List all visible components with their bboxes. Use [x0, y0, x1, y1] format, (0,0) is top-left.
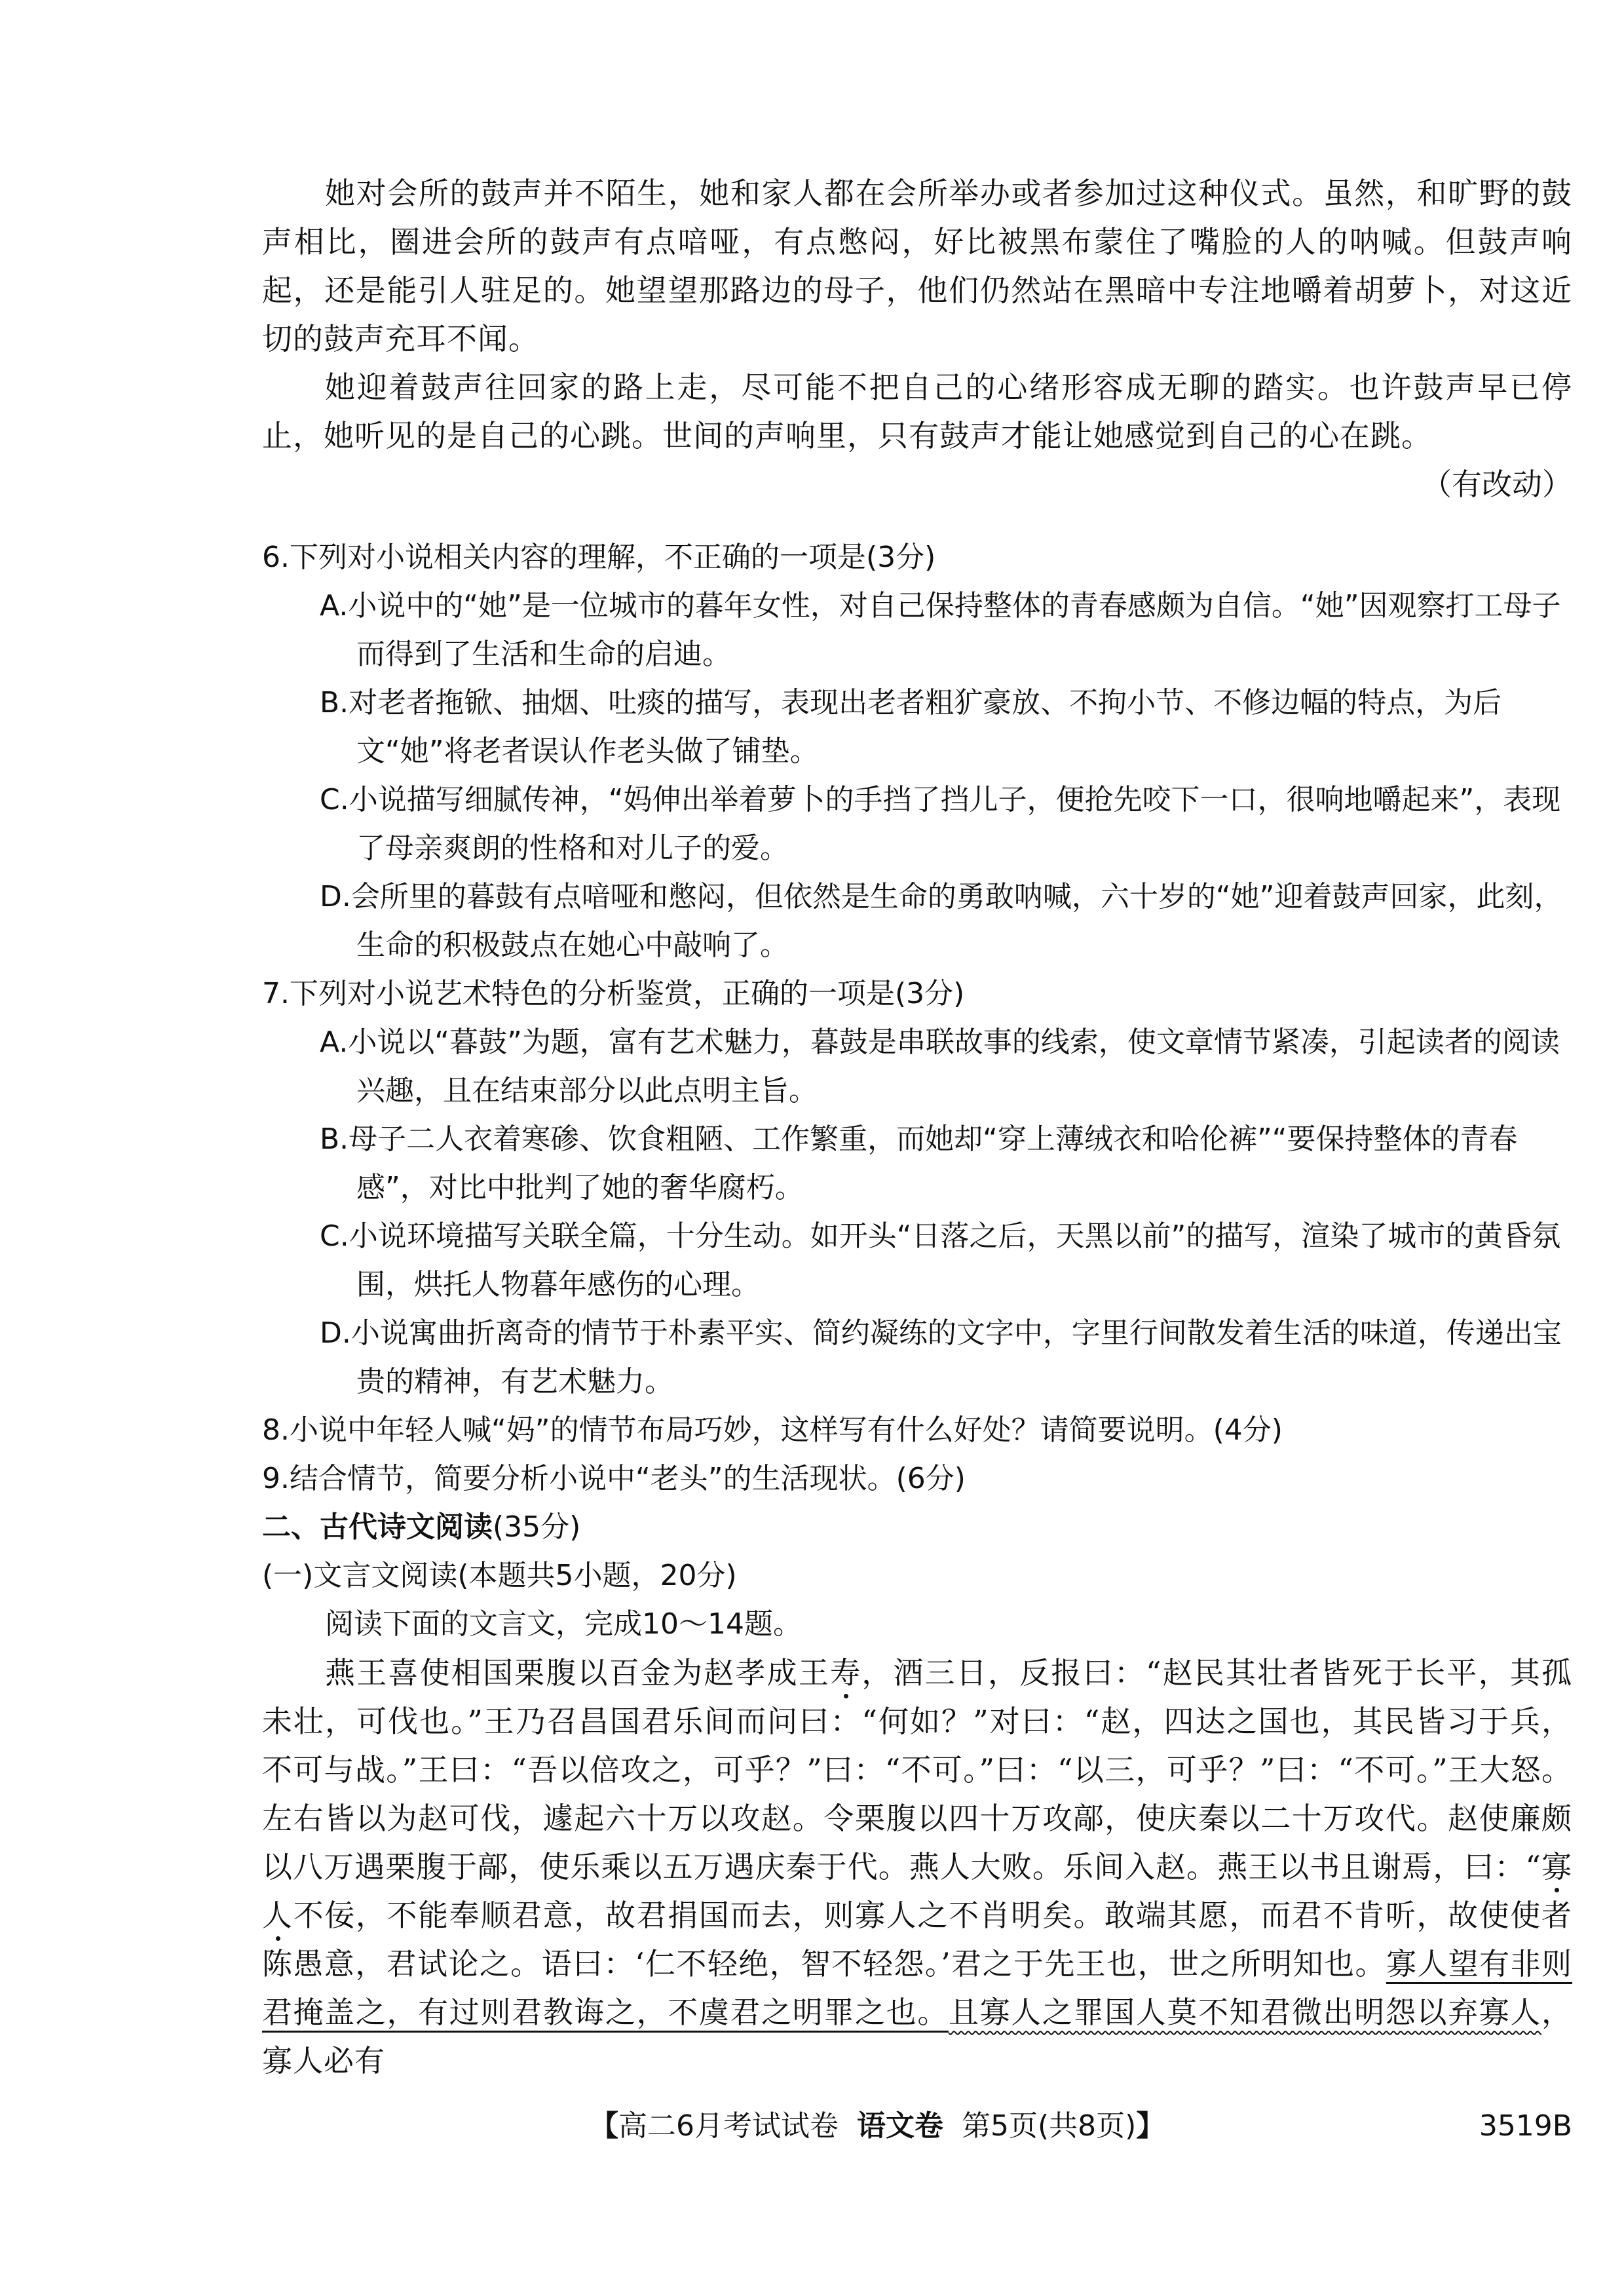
reading-instruction: 阅读下面的文言文，完成10～14题。: [262, 1600, 1572, 1649]
option-b: B.母子二人衣着寒碜、饮食粗陋、工作繁重，而她却“穿上薄绒衣和哈伦裤”“要保持整…: [262, 1115, 1572, 1212]
emphasis-dot-char: 寿: [830, 1655, 861, 1691]
text-segment: 燕王喜使相国栗腹以百金为赵孝成王: [325, 1655, 830, 1691]
footer-page-number: 第5页(共8页): [962, 2109, 1136, 2143]
option-c: C.小说环境描写关联全篇，十分生动。如开头“日落之后，天黑以前”的描写，渲染了城…: [262, 1212, 1572, 1309]
source-note: （有改动）: [262, 460, 1572, 508]
option-b: B.对老者拖锨、抽烟、吐痰的描写，表现出老者粗犷豪放、不拘小节、不修边幅的特点，…: [262, 679, 1572, 776]
emphasis-dot-char: 人: [262, 1898, 293, 1933]
passage-paragraph: 她迎着鼓声往回家的路上走，尽可能不把自己的心绪形容成无聊的踏实。也许鼓声早已停止…: [262, 363, 1572, 460]
text-segment: 不佞，不能奉顺君意，故君捐国而去，则寡人之不肖明矣。敢端其愿，而君不肯听，故使使…: [262, 1898, 1572, 1981]
question-stem: 7.下列对小说艺术特色的分析鉴赏，正确的一项是(3分): [262, 970, 1572, 1018]
questions-6-9: 6.下列对小说相关内容的理解，不正确的一项是(3分) A.小说中的“她”是一位城…: [262, 533, 1572, 2085]
page-footer: 【高二6月考试试卷 语文卷 第5页(共8页)】 3519B: [590, 2103, 1572, 2149]
classical-chinese-passage: 燕王喜使相国栗腹以百金为赵孝成王寿，酒三日，反报曰：“赵民其壮者皆死于长平，其孤…: [262, 1649, 1572, 2085]
section-points: (35分): [493, 1510, 580, 1544]
novel-passage-ending: 她对会所的鼓声并不陌生，她和家人都在会所举办或者参加过这种仪式。虽然，和旷野的鼓…: [262, 169, 1572, 508]
option-c: C.小说描写细腻传神，“妈伸出举着萝卜的手挡了挡儿子，便抢先咬下一口，很响地嚼起…: [262, 776, 1572, 873]
exam-page: 她对会所的鼓声并不陌生，她和家人都在会所举办或者参加过这种仪式。虽然，和旷野的鼓…: [0, 0, 1624, 2296]
subsection-title: (一)文言文阅读(本题共5小题，20分): [262, 1552, 1572, 1600]
wavy-underlined-sentence: 且寡人之罪国人莫不知君微出明怨以弃寡人: [949, 1995, 1541, 2030]
section-title: 二、古代诗文阅读(35分): [262, 1503, 1572, 1552]
option-d: D.会所里的暮鼓有点喑哑和憋闷，但依然是生命的勇敢呐喊，六十岁的“她”迎着鼓声回…: [262, 873, 1572, 970]
question-stem: 6.下列对小说相关内容的理解，不正确的一项是(3分): [262, 533, 1572, 582]
question-8: 8.小说中年轻人喊“妈”的情节布局巧妙，这样写有什么好处？请简要说明。(4分): [262, 1406, 1572, 1455]
question-9: 9.结合情节，简要分析小说中“老头”的生活现状。(6分): [262, 1455, 1572, 1503]
option-a: A.小说以“暮鼓”为题，富有艺术魅力，暮鼓是串联故事的线索，使文章情节紧凑，引起…: [262, 1018, 1572, 1115]
passage-paragraph: 她对会所的鼓声并不陌生，她和家人都在会所举办或者参加过这种仪式。虽然，和旷野的鼓…: [262, 169, 1572, 363]
footer-label: 【高二6月考试试卷 语文卷 第5页(共8页)】: [590, 2103, 1165, 2149]
option-d: D.小说寓曲折离奇的情节于朴素平实、简约凝练的文字中，字里行间散发着生活的味道，…: [262, 1309, 1572, 1406]
question-6: 6.下列对小说相关内容的理解，不正确的一项是(3分) A.小说中的“她”是一位城…: [262, 533, 1572, 970]
section-title-text: 二、古代诗文阅读: [262, 1510, 493, 1544]
footer-exam-code: 3519B: [1479, 2103, 1572, 2149]
footer-subject: 语文卷: [857, 2109, 943, 2143]
footer-bracket-open: 【: [590, 2109, 618, 2143]
emphasis-dot-char: 寡: [1541, 1849, 1572, 1885]
footer-exam-name: 高二6月考试试卷: [618, 2109, 839, 2143]
footer-bracket-close: 】: [1136, 2109, 1165, 2143]
option-a: A.小说中的“她”是一位城市的暮年女性，对自己保持整体的青春感颇为自信。“她”因…: [262, 582, 1572, 679]
question-7: 7.下列对小说艺术特色的分析鉴赏，正确的一项是(3分) A.小说以“暮鼓”为题，…: [262, 970, 1572, 1406]
